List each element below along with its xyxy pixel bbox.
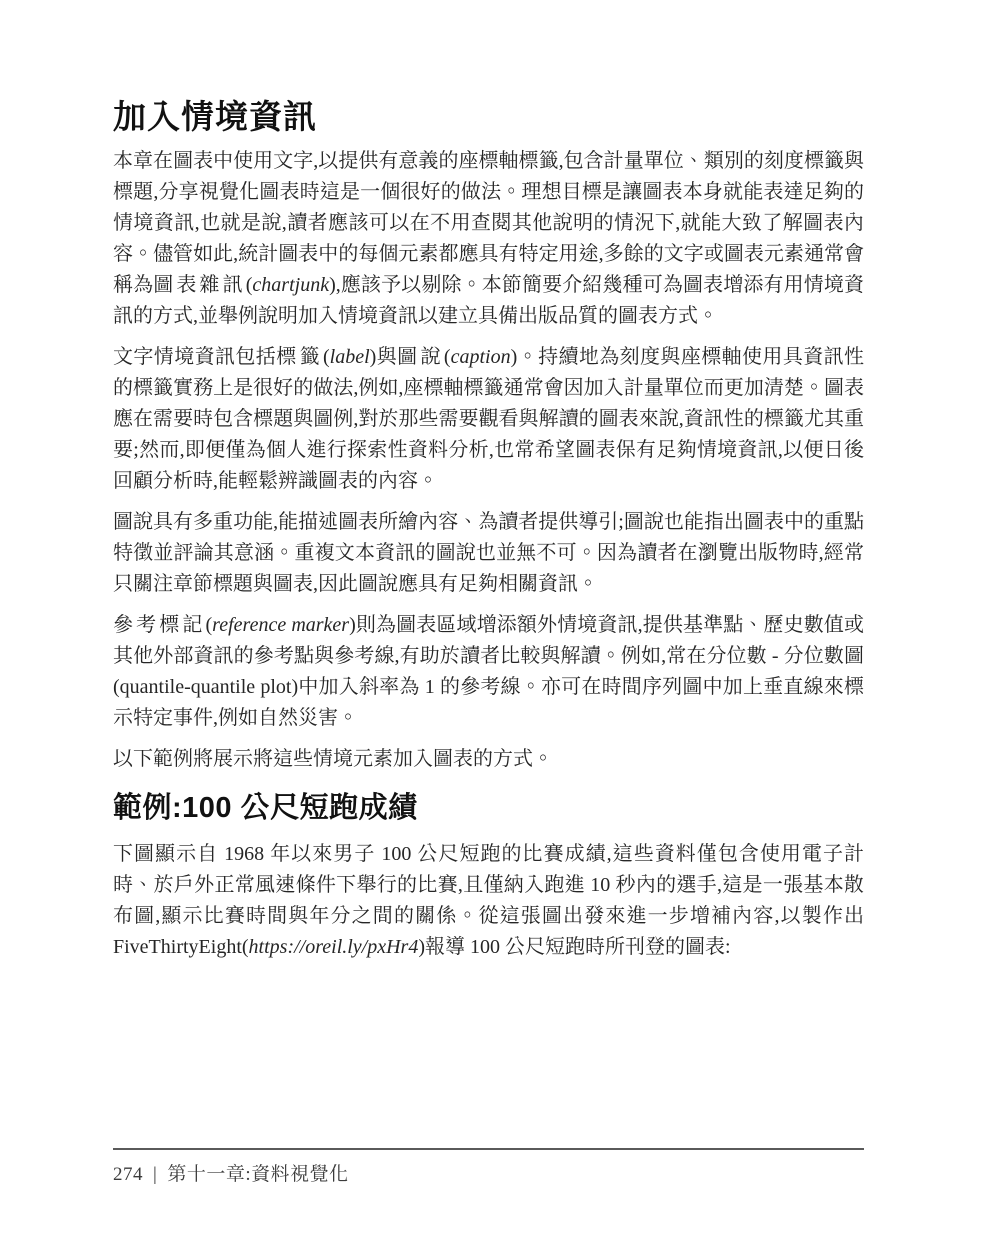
paragraph-sprint-example: 下圖顯示自 1968 年以來男子 100 公尺短跑的比賽成績,這些資料僅包含使用… <box>113 839 864 963</box>
text-run-normal: )報導 100 公尺短跑時所刊登的圖表: <box>418 936 730 958</box>
paragraph-examples-lead-in: 以下範例將展示將這些情境元素加入圖表的方式。 <box>113 744 864 775</box>
text-run-normal: ( <box>444 346 451 368</box>
paragraph-labels-captions: 文字情境資訊包括標籤(label)與圖說(caption)。持續地為刻度與座標軸… <box>113 342 864 497</box>
text-run-normal: 以下範例將展示將這些情境元素加入圖表的方式。 <box>113 748 553 770</box>
text-run-normal: 圖說具有多重功能,能描述圖表所繪內容、為讀者提供導引;圖說也能指出圖表中的重點特… <box>113 511 864 595</box>
paragraph-context-intro: 本章在圖表中使用文字,以提供有意義的座標軸標籤,包含計量單位、類別的刻度標籤與標… <box>113 146 864 332</box>
text-run-em: 圖表雜訊 <box>153 274 246 296</box>
footer-separator: | <box>153 1164 157 1186</box>
text-run-normal: 文字情境資訊包括 <box>113 346 276 368</box>
page-footer: 274|第十一章:資料視覺化 <box>113 1148 864 1186</box>
paragraph-caption-functions: 圖說具有多重功能,能描述圖表所繪內容、為讀者提供導引;圖說也能指出圖表中的重點特… <box>113 507 864 600</box>
text-run-italic: chartjunk <box>252 274 329 296</box>
text-run-em: 參考標記 <box>113 614 206 636</box>
text-run-normal: ( <box>323 346 330 368</box>
footer-page-number: 274 <box>113 1164 143 1185</box>
text-run-em: 標籤 <box>276 346 323 368</box>
page-content: 加入情境資訊 本章在圖表中使用文字,以提供有意義的座標軸標籤,包含計量單位、類別… <box>113 0 864 973</box>
text-run-italic: https://oreil.ly/pxHr4 <box>249 936 419 958</box>
text-run-italic: caption <box>451 346 511 368</box>
text-run-em: 圖說 <box>397 346 444 368</box>
paragraph-reference-markers: 參考標記(reference marker)則為圖表區域增添額外情境資訊,提供基… <box>113 610 864 734</box>
text-run-italic: reference marker <box>212 614 349 636</box>
footer-chapter-title: 第十一章:資料視覺化 <box>167 1164 348 1185</box>
text-run-normal: )與 <box>370 346 397 368</box>
example-section-heading: 範例:100 公尺短跑成績 <box>113 790 864 826</box>
text-run-italic: label <box>330 346 370 368</box>
book-page: { "title": "加入情境資訊", "example_heading": … <box>0 0 1000 1242</box>
page-title: 加入情境資訊 <box>113 0 864 137</box>
